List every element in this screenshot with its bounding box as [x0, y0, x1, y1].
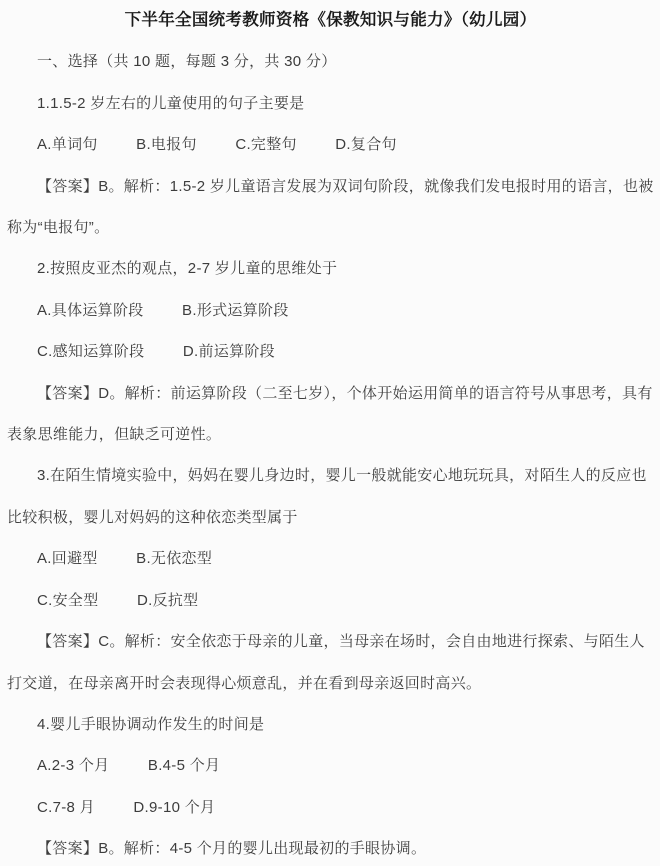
option-c: C.安全型: [37, 580, 99, 621]
option-b: B.形式运算阶段: [182, 290, 289, 331]
question-4-option-row-2: C.7-8 月 D.9-10 个月: [7, 787, 654, 828]
option-b: B.电报句: [136, 124, 197, 165]
option-a: A.单词句: [37, 124, 98, 165]
option-d: D.9-10 个月: [133, 787, 215, 828]
question-4-stem: 4.婴儿手眼协调动作发生的时间是: [7, 704, 654, 745]
option-a: A.具体运算阶段: [37, 290, 144, 331]
question-1-answer: 【答案】B。解析：1.5-2 岁儿童语言发展为双词句阶段，就像我们发电报时用的语…: [7, 166, 654, 249]
question-3-answer: 【答案】C。解析：安全依恋于母亲的儿童，当母亲在场时，会自由地进行探索、与陌生人…: [7, 621, 654, 704]
question-2-stem: 2.按照皮亚杰的观点，2-7 岁儿童的思维处于: [7, 248, 654, 289]
question-4-option-row-1: A.2-3 个月 B.4-5 个月: [7, 745, 654, 786]
option-c: C.7-8 月: [37, 787, 95, 828]
option-d: D.反抗型: [137, 580, 199, 621]
document-page: 下半年全国统考教师资格《保教知识与能力》（幼儿园） 一、选择（共 10 题，每题…: [0, 0, 660, 866]
question-2-option-row-2: C.感知运算阶段 D.前运算阶段: [7, 331, 654, 372]
exam-title: 下半年全国统考教师资格《保教知识与能力》（幼儿园）: [7, 0, 654, 41]
option-c: C.感知运算阶段: [37, 331, 144, 372]
section-heading: 一、选择（共 10 题，每题 3 分，共 30 分）: [7, 41, 654, 82]
question-1-stem: 1.1.5-2 岁左右的儿童使用的句子主要是: [7, 83, 654, 124]
question-2-option-row-1: A.具体运算阶段 B.形式运算阶段: [7, 290, 654, 331]
question-2-answer: 【答案】D。解析：前运算阶段（二至七岁），个体开始运用简单的语言符号从事思考，具…: [7, 373, 654, 456]
question-4-answer: 【答案】B。解析：4-5 个月的婴儿出现最初的手眼协调。: [7, 828, 654, 866]
option-a: A.2-3 个月: [37, 745, 109, 786]
option-d: D.前运算阶段: [183, 331, 275, 372]
option-c: C.完整句: [235, 124, 297, 165]
option-b: B.4-5 个月: [148, 745, 220, 786]
question-3-stem: 3.在陌生情境实验中，妈妈在婴儿身边时，婴儿一般就能安心地玩玩具，对陌生人的反应…: [7, 455, 654, 538]
option-b: B.无依恋型: [136, 538, 212, 579]
option-d: D.复合句: [335, 124, 397, 165]
option-a: A.回避型: [37, 538, 98, 579]
question-3-option-row-2: C.安全型 D.反抗型: [7, 580, 654, 621]
question-1-option-row: A.单词句 B.电报句 C.完整句 D.复合句: [7, 124, 654, 165]
question-3-option-row-1: A.回避型 B.无依恋型: [7, 538, 654, 579]
